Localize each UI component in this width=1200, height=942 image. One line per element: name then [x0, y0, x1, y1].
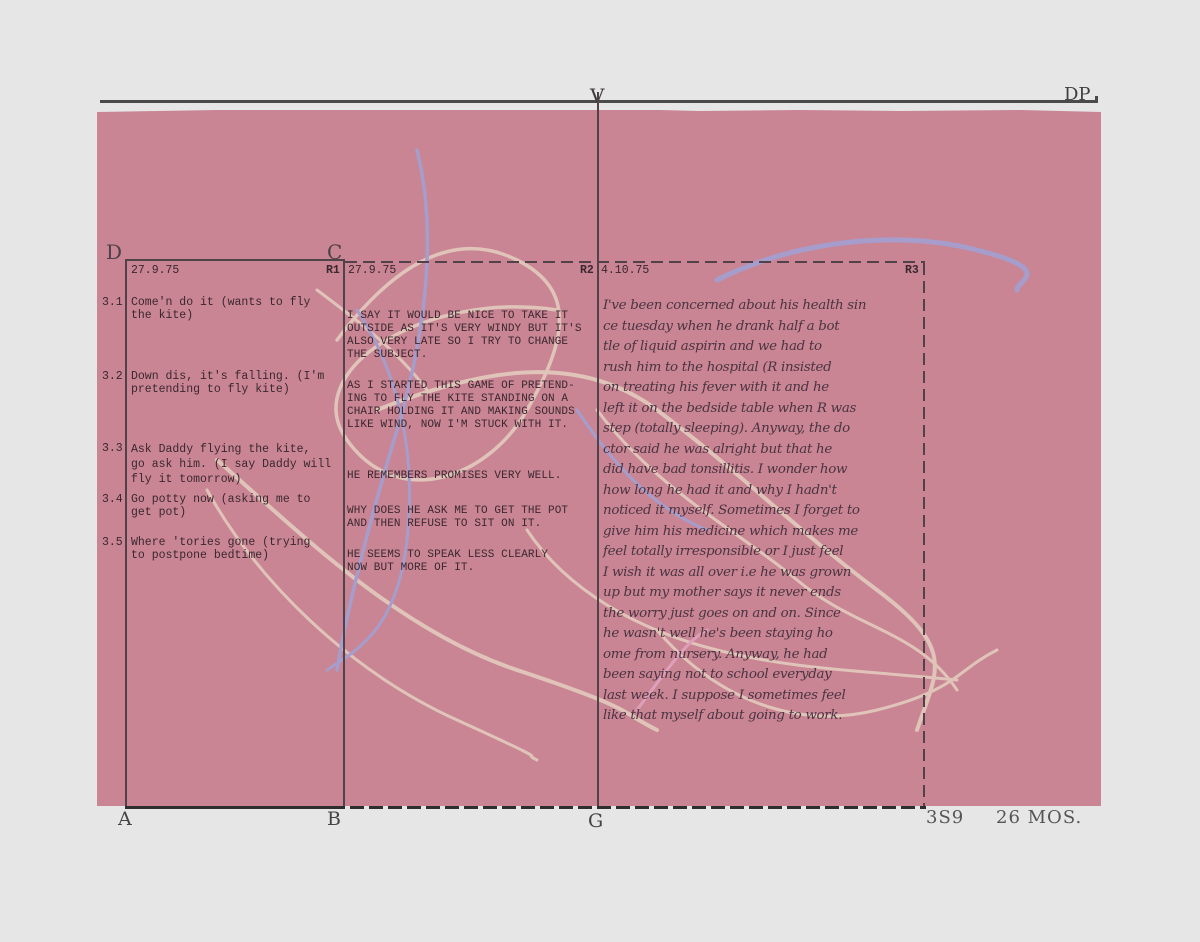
- label-a: A: [118, 808, 132, 830]
- r2-date: 27.9.75: [348, 264, 396, 277]
- r1-entry-text: Go potty now (asking me to get pot): [131, 493, 310, 519]
- footer-code: 3S9: [926, 807, 964, 828]
- frame-top-dashed-r2-r3: [345, 261, 925, 263]
- frame-top-r1: [125, 259, 345, 261]
- label-d: D: [106, 240, 122, 264]
- bottom-rule-solid: [125, 806, 345, 809]
- r3-tag: R3: [905, 264, 919, 277]
- r2-paragraph: I SAY IT WOULD BE NICE TO TAKE IT OUTSID…: [347, 310, 582, 362]
- r2-tag: R2: [580, 264, 594, 277]
- r1-entry-text: Where 'tories gone (trying to postpone b…: [131, 536, 310, 562]
- r1-tag: R1: [326, 264, 340, 277]
- bottom-rule-dashed: [350, 806, 926, 809]
- label-g: G: [588, 810, 603, 832]
- divider-r1-r2: [343, 259, 345, 806]
- r1-entry-text: Ask Daddy flying the kite, go ask him. (…: [131, 442, 331, 487]
- r1-entry-text: Come'n do it (wants to fly the kite): [131, 296, 310, 322]
- r1-entry-num: 3.5: [102, 536, 123, 549]
- r3-handwritten-note: I've been concerned about his health sin…: [603, 296, 866, 727]
- r1-entry-num: 3.3: [102, 442, 123, 455]
- top-rule-end-tick: [1095, 96, 1098, 103]
- r1-entry-num: 3.4: [102, 493, 123, 506]
- r2-paragraph: HE SEEMS TO SPEAK LESS CLEARLY NOW BUT M…: [347, 549, 548, 575]
- divider-r2-r3-v-line: [597, 92, 599, 806]
- r1-date: 27.9.75: [131, 264, 179, 277]
- r1-entry-text: Down dis, it's falling. (I'm pretending …: [131, 370, 324, 396]
- footer-age: 26 MOS.: [996, 807, 1082, 828]
- label-b: B: [327, 808, 341, 830]
- r2-paragraph: WHY DOES HE ASK ME TO GET THE POT AND TH…: [347, 505, 568, 531]
- frame-left-line: [125, 259, 127, 806]
- r1-entry-num: 3.1: [102, 296, 123, 309]
- label-c: C: [327, 240, 342, 264]
- frame-right-dashed: [923, 263, 925, 806]
- r2-paragraph: HE REMEMBERS PROMISES VERY WELL.: [347, 470, 561, 483]
- r3-date: 4.10.75: [601, 264, 649, 277]
- label-dp: DP: [1064, 84, 1091, 105]
- r1-entry-num: 3.2: [102, 370, 123, 383]
- r2-paragraph: AS I STARTED THIS GAME OF PRETEND- ING T…: [347, 380, 575, 432]
